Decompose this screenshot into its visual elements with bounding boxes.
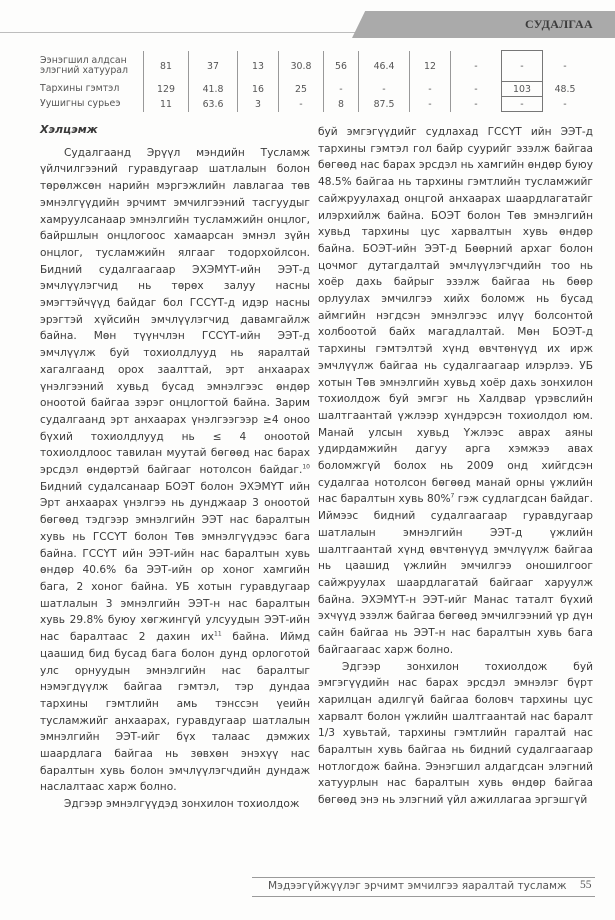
footer-rule-top (252, 877, 595, 878)
paragraph: буй эмгэгүүдийг судлахад ГССҮТ ийн ЭЭТ-д… (318, 124, 593, 659)
footer-rule-bottom (252, 896, 595, 897)
table-cell: 56 (324, 51, 359, 82)
section-header-band: СУДАЛГАА (352, 11, 615, 38)
table-cell: 30.8 (279, 51, 324, 82)
row-label: Тархины гэмтэл (40, 82, 144, 97)
table-cell: - (279, 97, 324, 112)
table-cell: 16 (238, 82, 279, 97)
page-number: 55 (580, 879, 592, 891)
table-cell: 41.8 (189, 82, 238, 97)
paragraph-text: гэж судлагдсан байдаг. Иймээс бидний суд… (318, 493, 593, 655)
table-cell: 13 (238, 51, 279, 82)
table-cell: - (359, 82, 410, 97)
table-cell: - (451, 51, 502, 82)
table-cell: 11 (144, 97, 189, 112)
journal-title: Мэдээгүйжүүлэг эрчимт эмчилгээ яаралтай … (268, 880, 567, 892)
paragraph: Эдгээр эмнэлгүүдэд зонхилон тохиолдож (40, 796, 310, 813)
table-row: Ээнэгшил алдсан элэгний хатуурал 81 37 1… (40, 51, 587, 82)
left-column: Хэлцэмж Судалгаанд Эрүүл мэндийн Тусламж… (40, 122, 310, 813)
header-rule (0, 32, 400, 33)
table-cell: 12 (410, 51, 451, 82)
table-cell: 81 (144, 51, 189, 82)
table-row: Уушигны сурьеэ 11 63.6 3 - 8 87.5 - - - … (40, 97, 587, 112)
table-cell: - (410, 97, 451, 112)
table-cell: 3 (238, 97, 279, 112)
table-cell: 46.4 (359, 51, 410, 82)
table-row: Тархины гэмтэл 129 41.8 16 25 - - - - 10… (40, 82, 587, 97)
table-cell: - (502, 97, 543, 112)
section-title: Хэлцэмж (40, 122, 310, 139)
table-cell: - (543, 97, 588, 112)
table-cell: 8 (324, 97, 359, 112)
table-cell: - (410, 82, 451, 97)
paragraph-text: буй эмгэгүүдийг судлахад ГССҮТ ийн ЭЭТ-д… (318, 126, 593, 505)
paragraph: Судалгаанд Эрүүл мэндийн Тусламж үйлчилг… (40, 145, 310, 796)
table-cell: - (451, 97, 502, 112)
paragraph: Эдгээр зонхилон тохиолдож буй эмгэгүүдий… (318, 659, 593, 809)
paragraph-text: Судалгаанд Эрүүл мэндийн Тусламж үйлчилг… (40, 147, 310, 476)
table-cell-highlighted: 103 (502, 82, 543, 97)
citation-ref: 11 (214, 631, 222, 638)
table-cell: 63.6 (189, 97, 238, 112)
paragraph-text: Бидний судалсанаар БОЭТ болон ЭХЭМҮТ ийн… (40, 481, 310, 643)
table-cell: 25 (279, 82, 324, 97)
table-cell: - (543, 51, 588, 82)
section-label: СУДАЛГАА (525, 17, 593, 32)
row-label: Уушигны сурьеэ (40, 97, 144, 112)
citation-ref: 10 (302, 464, 310, 471)
table-cell: - (451, 82, 502, 97)
row-label: Ээнэгшил алдсан элэгний хатуурал (40, 51, 144, 82)
table-cell: 129 (144, 82, 189, 97)
paragraph-text: байна. Иймд цаашид бид бусад бага болон … (40, 631, 310, 793)
table-cell: - (324, 82, 359, 97)
table-cell: 87.5 (359, 97, 410, 112)
right-column: буй эмгэгүүдийг судлахад ГССҮТ ийн ЭЭТ-д… (318, 124, 593, 809)
table-cell: 48.5 (543, 82, 588, 97)
table-cell: - (502, 51, 543, 82)
results-table: Ээнэгшил алдсан элэгний хатуурал 81 37 1… (40, 50, 587, 112)
table-cell: 37 (189, 51, 238, 82)
